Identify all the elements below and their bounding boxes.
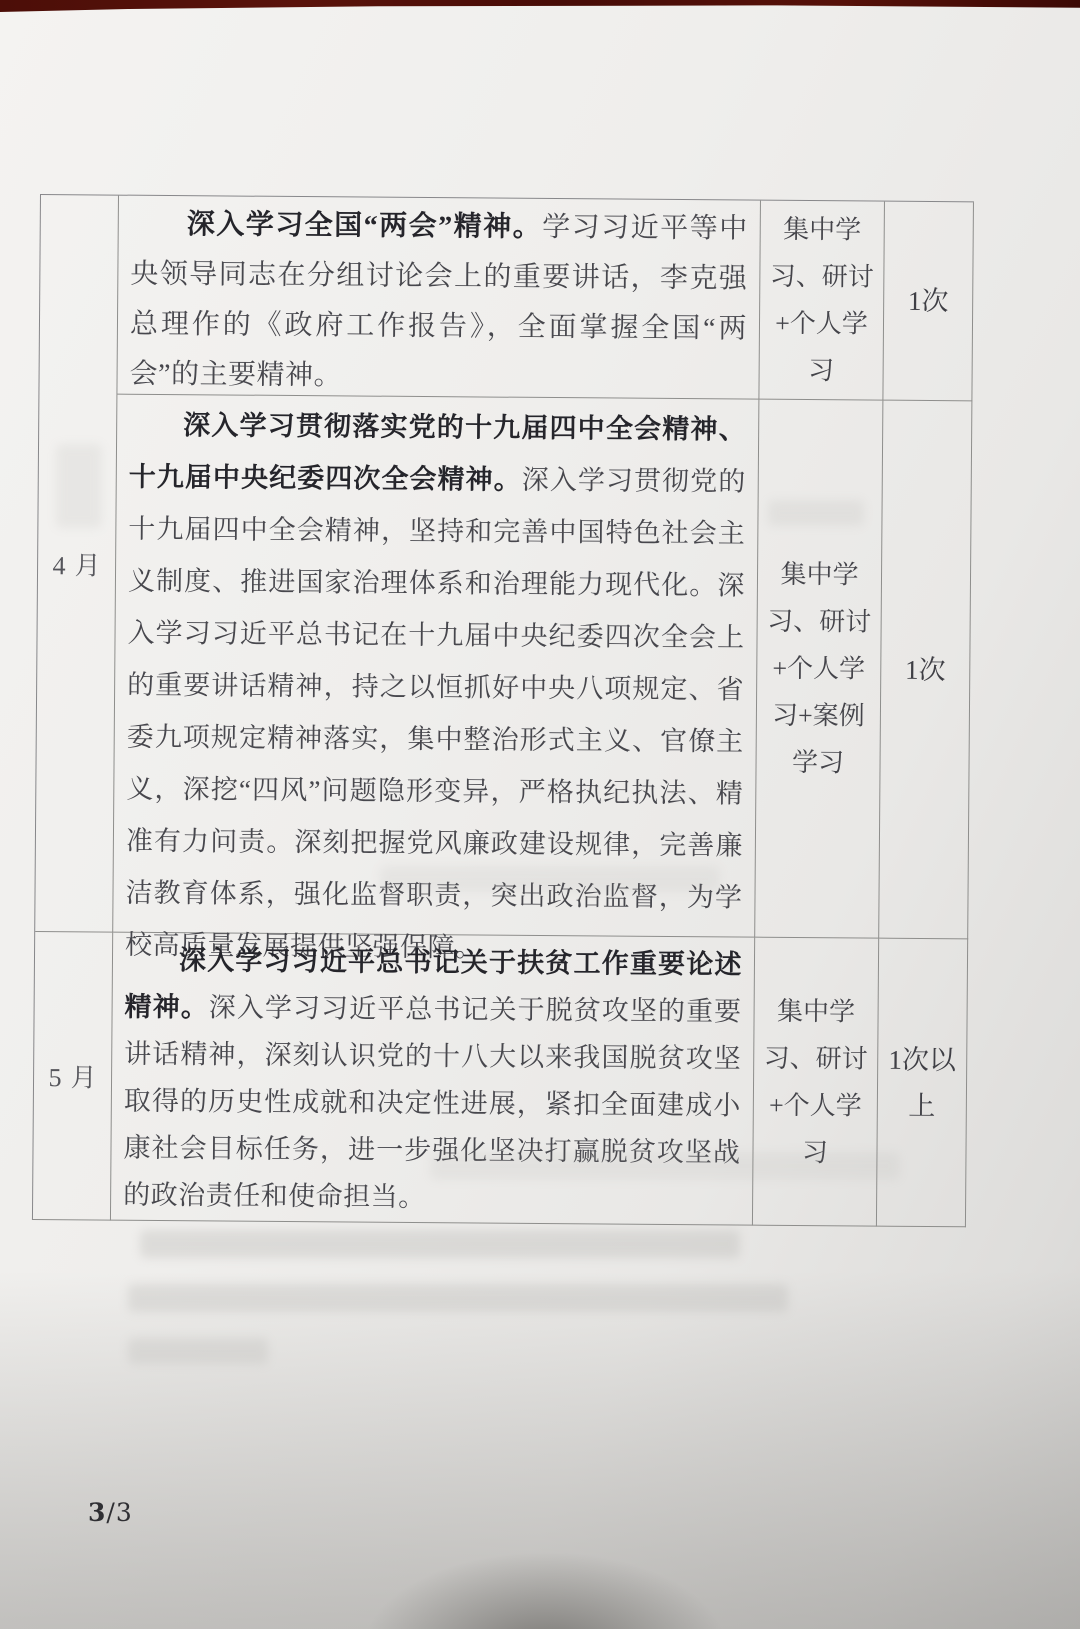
photo-top-edge-strip bbox=[0, 0, 1080, 15]
ghost-bleed-mark bbox=[430, 1152, 900, 1180]
count-cell-row3: 1次以 上 bbox=[877, 939, 968, 1228]
month-cell-may: 5月 bbox=[33, 932, 113, 1221]
month-cell-april: 4月 bbox=[35, 195, 119, 933]
page-number-total: /3 bbox=[106, 1498, 132, 1527]
study-item-text: 深入学习全国“两会”精神。学习习近平等中央领导同志在分组讨论会上的重要讲话，李克… bbox=[129, 200, 748, 405]
ghost-bleed-line bbox=[140, 1230, 740, 1258]
ghost-bleed-mark bbox=[56, 444, 102, 528]
method-cell-row1: 集中学 习、研讨 +个人学 习 bbox=[759, 201, 885, 401]
content-cell-row1: 深入学习全国“两会”精神。学习习近平等中央领导同志在分组讨论会上的重要讲话，李克… bbox=[117, 196, 761, 400]
ghost-bleed-mark bbox=[380, 866, 720, 892]
ghost-bleed-line bbox=[128, 1338, 268, 1364]
ghost-bleed-mark bbox=[768, 500, 864, 526]
content-cell-row3: 深入学习习近平总书记关于扶贫工作重要论述精神。深入学习习近平总书记关于脱贫攻坚的… bbox=[111, 933, 755, 1226]
study-item-text: 深入学习习近平总书记关于扶贫工作重要论述精神。深入学习习近平总书记关于脱贫攻坚的… bbox=[123, 937, 742, 1224]
page-number-current: 3 bbox=[88, 1498, 106, 1527]
scanned-document-page: { "page": { "indicator_current": "3", "i… bbox=[0, 0, 1080, 1629]
study-plan-table: 4月 5月 深入学习全国“两会”精神。学习习近平等中央领导同志在分组讨论会上的重… bbox=[32, 194, 974, 1227]
count-cell-row1: 1次 bbox=[883, 202, 974, 402]
month-label: 4月 bbox=[43, 545, 109, 583]
content-cell-row2: 深入学习贯彻落实党的十九届四中全会精神、十九届中央纪委四次全会精神。深入学习贯彻… bbox=[113, 395, 759, 938]
count-cell-row2: 1次 bbox=[879, 401, 972, 940]
page-number: 3/3 bbox=[88, 1498, 133, 1527]
month-label: 5月 bbox=[39, 1057, 105, 1095]
method-cell-row3: 集中学 习、研讨 +个人学 习 bbox=[753, 938, 879, 1227]
study-item-heading: 深入学习全国“两会”精神。 bbox=[187, 209, 543, 243]
ghost-bleed-line bbox=[128, 1284, 788, 1312]
method-cell-row2: 集中学 习、研讨 +个人学 习+案例 学习 bbox=[755, 400, 883, 939]
